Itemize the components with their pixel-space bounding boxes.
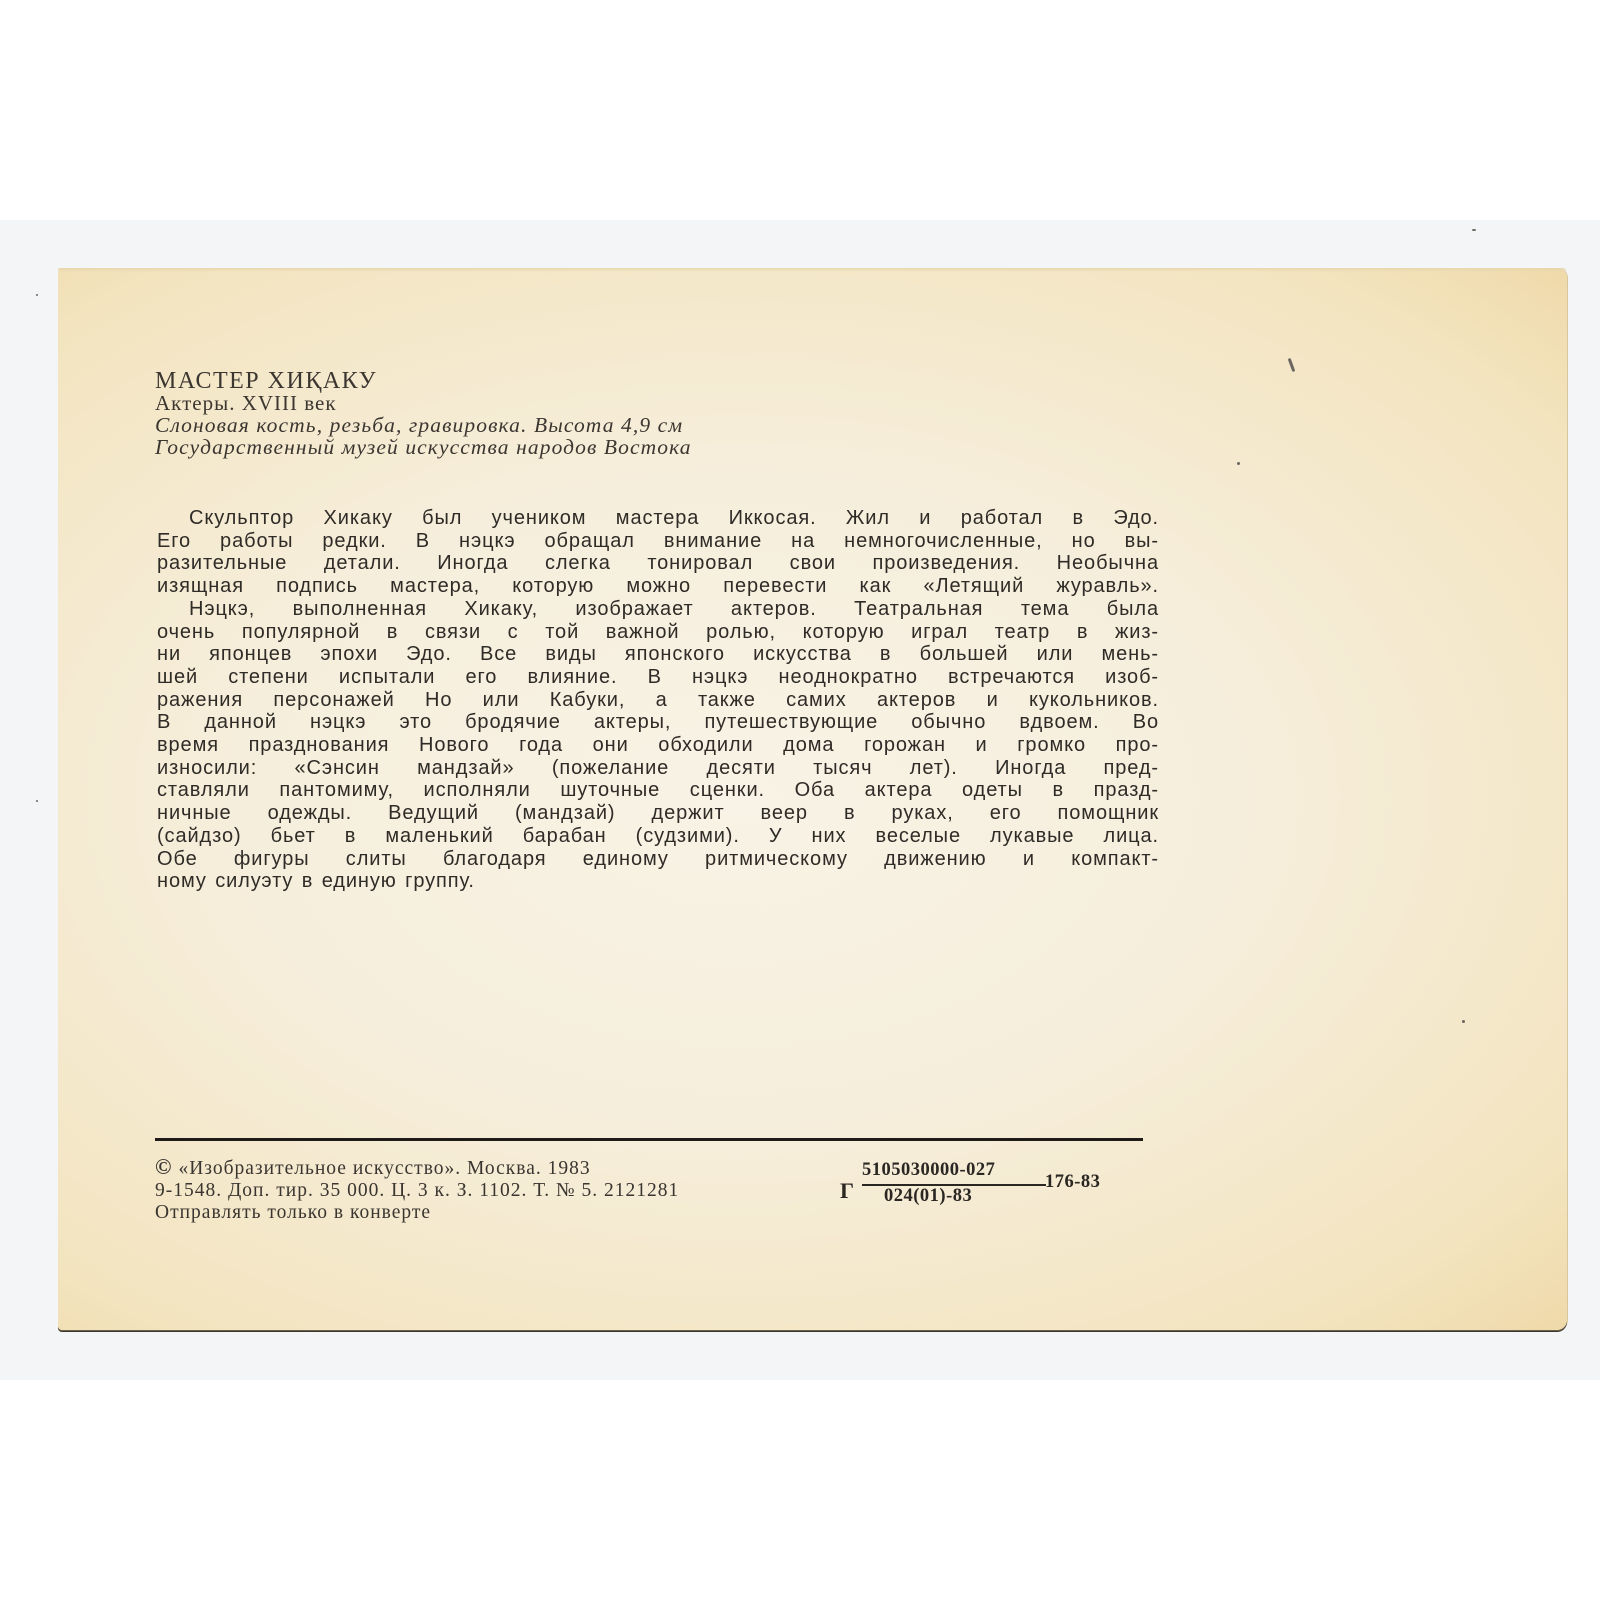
description-line: Обе фигуры слиты благодаря единому ритми… (157, 848, 1159, 871)
description-line: Нэцкэ, выполненная Хикаку, изображает ак… (157, 598, 1159, 621)
artwork-material: Слоновая кость, резьба, гравировка. Высо… (155, 414, 692, 436)
description-line: ни японцев эпохи Эдо. Все виды японского… (157, 643, 1159, 666)
description-line: ному силуэту в единую группу. (157, 870, 1159, 893)
catalog-prefix: Г (840, 1178, 854, 1204)
divider-rule (155, 1138, 1143, 1141)
mailing-note: Отправлять только в конверте (155, 1202, 679, 1224)
scan-speck (36, 800, 38, 802)
description-line: ничные одежды. Ведущий (мандзай) держит … (157, 802, 1159, 825)
artwork-caption: МАСТЕР ХИҚАКУ Актеры. XVIII век Слоновая… (155, 370, 692, 458)
description-line: очень популярной в связи с той важной ро… (157, 621, 1159, 644)
artist-title: МАСТЕР ХИҚАКУ (155, 370, 692, 392)
scan-speck (36, 294, 38, 296)
scan-speck (1237, 462, 1240, 465)
description-line: разительные детали. Иногда слегка тониро… (157, 552, 1159, 575)
description-line: время празднования Нового года они обход… (157, 734, 1159, 757)
artwork-subtitle: Актеры. XVIII век (155, 392, 692, 414)
publisher-line: «Изобразительное искусство». Москва. 198… (178, 1158, 590, 1179)
description-line: шей степени испытали его влияние. В нэцк… (157, 666, 1159, 689)
publisher-line-row: ©«Изобразительное искусство». Москва. 19… (155, 1156, 679, 1180)
catalog-code: Г 5105030000-027 024(01)-83 176-83 (840, 1164, 1140, 1224)
card-top-edge (58, 268, 1567, 272)
description-line: ставляли пантомиму, исполняли шуточные с… (157, 779, 1159, 802)
catalog-suffix: 176-83 (1045, 1172, 1100, 1193)
copyright-icon: © (155, 1154, 172, 1179)
scan-speck (1462, 1020, 1465, 1023)
description-line: Скульптор Хикаку был учеником мастера Ик… (157, 507, 1159, 530)
print-line: 9-1548. Доп. тир. 35 000. Ц. 3 к. З. 110… (155, 1180, 679, 1202)
description-line: Его работы редки. В нэцкэ обращал вниман… (157, 530, 1159, 553)
description-line: (сайдзо) бьет в маленький барабан (судзи… (157, 825, 1159, 848)
catalog-denominator: 024(01)-83 (884, 1186, 972, 1207)
description-line: В данной нэцкэ это бродячие актеры, путе… (157, 711, 1159, 734)
description-text: Скульптор Хикаку был учеником мастера Ик… (157, 507, 1159, 893)
artwork-museum: Государственный музей искусства народов … (155, 436, 692, 458)
catalog-numerator: 5105030000-027 (862, 1160, 995, 1181)
scan-speck (1472, 229, 1476, 231)
description-line: износили: «Сэнсин мандзай» (пожелание де… (157, 757, 1159, 780)
description-line: ражения персонажей Но или Кабуки, а такж… (157, 689, 1159, 712)
publisher-imprint: ©«Изобразительное искусство». Москва. 19… (155, 1156, 679, 1224)
description-line: изящная подпись мастера, которую можно п… (157, 575, 1159, 598)
